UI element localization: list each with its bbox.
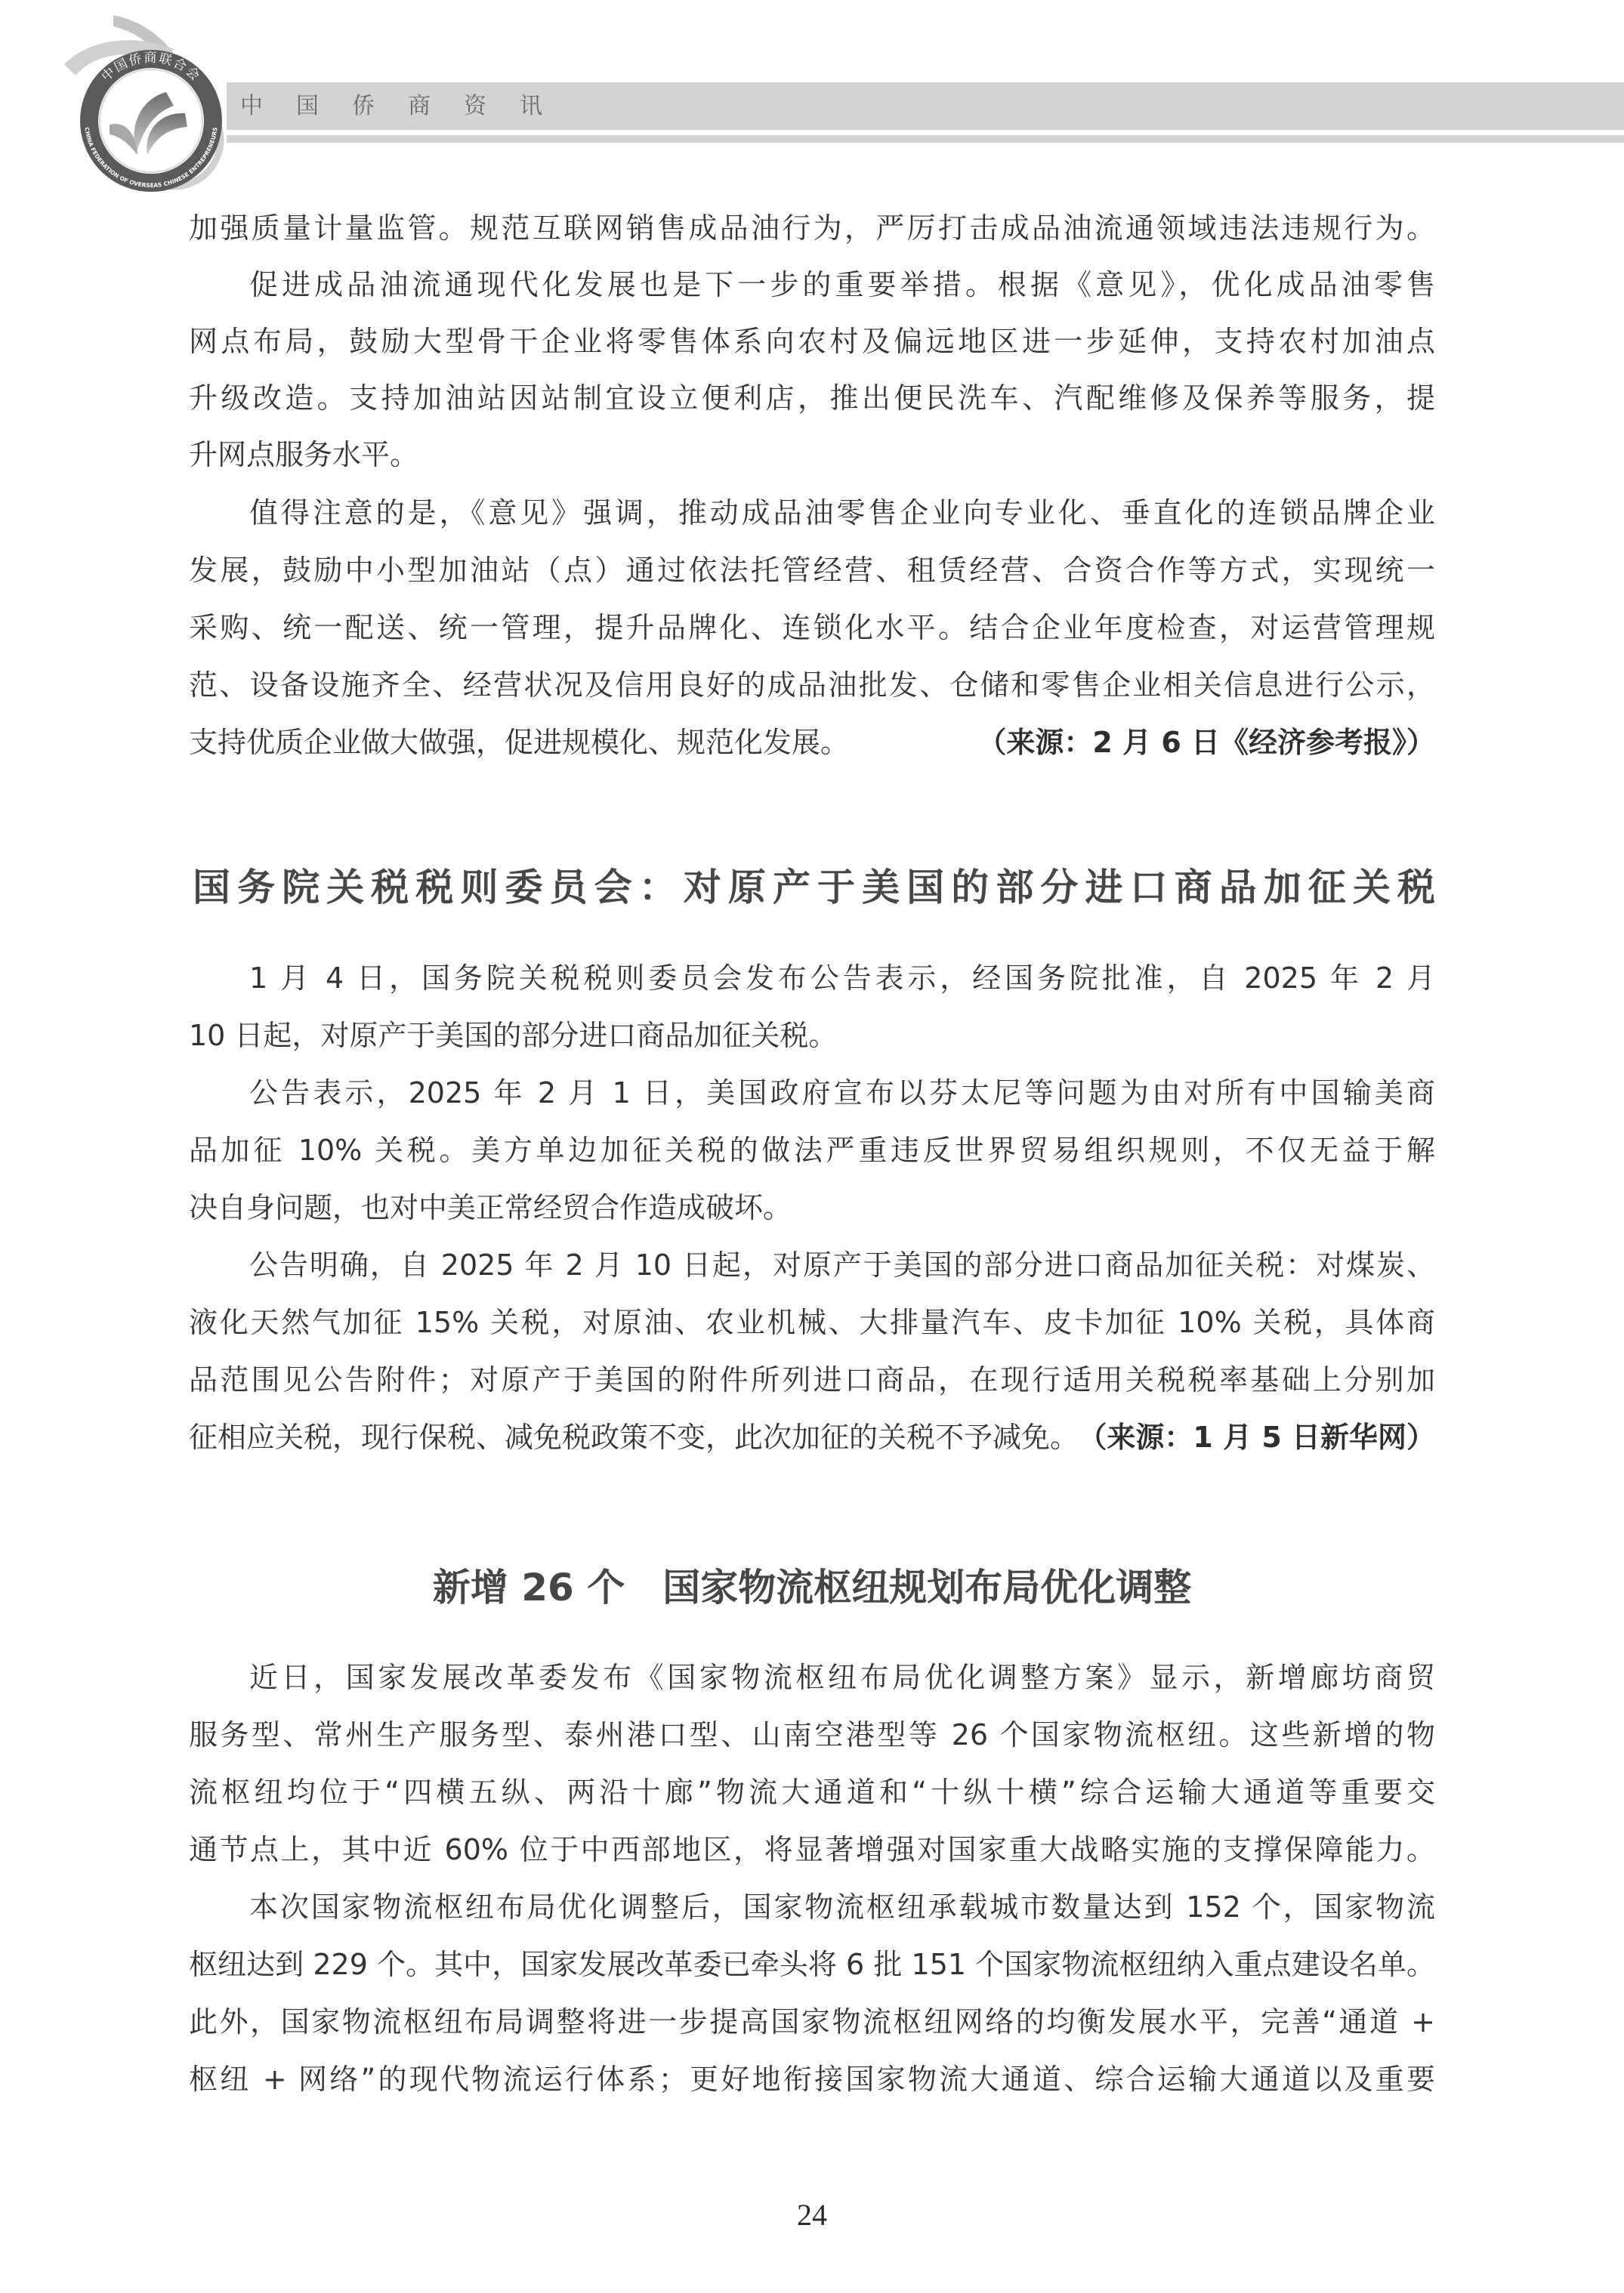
page-number: 24 — [755, 2196, 869, 2234]
body-line: 决自身问题，也对中美正常经贸合作造成破坏。 — [189, 1189, 1435, 1227]
body-line: 升网点服务水平。 — [189, 436, 1435, 474]
body-line: 加强质量计量监管。规范互联网销售成品油行为，严厉打击成品油流通领域违法违规行为。 — [189, 209, 1435, 247]
publication-title: 中 国 侨 商 资 讯 — [240, 89, 576, 124]
source-attribution: （来源：1 月 5 日新华网） — [1078, 1418, 1435, 1456]
body-line-text: 支持优质企业做大做强，促进规模化、规范化发展。 — [189, 726, 849, 759]
body-line: 品范围见公告附件；对原产于美国的附件所列进口商品，在现行适用关税税率基础上分别加 — [189, 1361, 1435, 1399]
body-line: 范、设备设施齐全、经营状况及信用良好的成品油批发、仓储和零售企业相关信息进行公示… — [189, 666, 1435, 704]
body-line: 公告明确，自 2025 年 2 月 10 日起，对原产于美国的部分进口商品加征关… — [249, 1246, 1435, 1284]
body-line: 网点布局，鼓励大型骨干企业将零售体系向农村及偏远地区进一步延伸，支持农村加油点 — [189, 323, 1435, 360]
article-heading: 国务院关税税则委员会：对原产于美国的部分进口商品加征关税 — [193, 861, 1435, 914]
body-line: 升级改造。支持加油站因站制宜设立便利店，推出便民洗车、汽配维修及保养等服务，提 — [189, 379, 1435, 417]
body-line: 枢纽达到 229 个。其中，国家发展改革委已牵头将 6 批 151 个国家物流枢… — [189, 1946, 1435, 1983]
federation-logo-icon: 中国侨商联合会 CHINA FEDERATION OF OVERSEAS CHI… — [23, 8, 264, 204]
body-line: 10 日起，对原产于美国的部分进口商品加征关税。 — [189, 1017, 1435, 1054]
publication-title-char: 侨 — [352, 89, 408, 124]
body-line: 近日，国家发展改革委发布《国家物流枢纽布局优化调整方案》显示，新增廊坊商贸 — [249, 1659, 1435, 1696]
article-heading: 新增 26 个 国家物流枢纽规划布局优化调整 — [189, 1561, 1435, 1614]
source-attribution: （来源：2 月 6 日《经济参考报》） — [977, 724, 1435, 761]
body-line: 液化天然气加征 15% 关税，对原油、农业机械、大排量汽车、皮卡加征 10% 关… — [189, 1304, 1435, 1341]
header-rule — [227, 135, 1624, 143]
body-line: 此外，国家物流枢纽布局调整将进一步提高国家物流枢纽网络的均衡发展水平，完善“通道… — [189, 2003, 1435, 2041]
body-line: 支持优质企业做大做强，促进规模化、规范化发展。 （来源：2 月 6 日《经济参考… — [189, 724, 1435, 761]
body-line: 发展，鼓励中小型加油站（点）通过依法托管经营、租赁经营、合资合作等方式，实现统一 — [189, 551, 1435, 589]
body-line: 征相应关税，现行保税、减免税政策不变，此次加征的关税不予减免。 （来源：1 月 … — [189, 1418, 1435, 1456]
body-line: 流枢纽均位于“四横五纵、两沿十廊”物流大通道和“十纵十横”综合运输大通道等重要交 — [189, 1773, 1435, 1811]
body-line: 促进成品油流通现代化发展也是下一步的重要举措。根据《意见》，优化成品油零售 — [249, 266, 1435, 304]
publication-title-char: 讯 — [520, 89, 576, 124]
body-line: 采购、统一配送、统一管理，提升品牌化、连锁化水平。结合企业年度检查，对运营管理规 — [189, 609, 1435, 647]
body-line: 公告表示，2025 年 2 月 1 日，美国政府宣布以芬太尼等问题为由对所有中国… — [249, 1074, 1435, 1112]
body-line: 品加征 10% 关税。美方单边加征关税的做法严重违反世界贸易组织规则，不仅无益于… — [189, 1131, 1435, 1169]
body-line: 值得注意的是，《意见》强调，推动成品油零售企业向专业化、垂直化的连锁品牌企业 — [249, 494, 1435, 532]
body-line: 1 月 4 日，国务院关税税则委员会发布公告表示，经国务院批准，自 2025 年… — [249, 959, 1435, 997]
publication-title-char: 资 — [464, 89, 520, 124]
body-line: 通节点上，其中近 60% 位于中西部地区，将显著增强对国家重大战略实施的支撑保障… — [189, 1831, 1435, 1869]
publication-title-char: 国 — [296, 89, 352, 124]
publication-title-char: 商 — [408, 89, 464, 124]
body-line: 本次国家物流枢纽布局优化调整后，国家物流枢纽承载城市数量达到 152 个，国家物… — [249, 1888, 1435, 1926]
body-line: 服务型、常州生产服务型、泰州港口型、山南空港型等 26 个国家物流枢纽。这些新增… — [189, 1716, 1435, 1754]
body-line: 枢纽 + 网络”的现代物流运行体系；更好地衔接国家物流大通道、综合运输大通道以及… — [189, 2060, 1435, 2098]
body-line-text: 征相应关税，现行保税、减免税政策不变，此次加征的关税不予减免。 — [189, 1421, 1079, 1454]
